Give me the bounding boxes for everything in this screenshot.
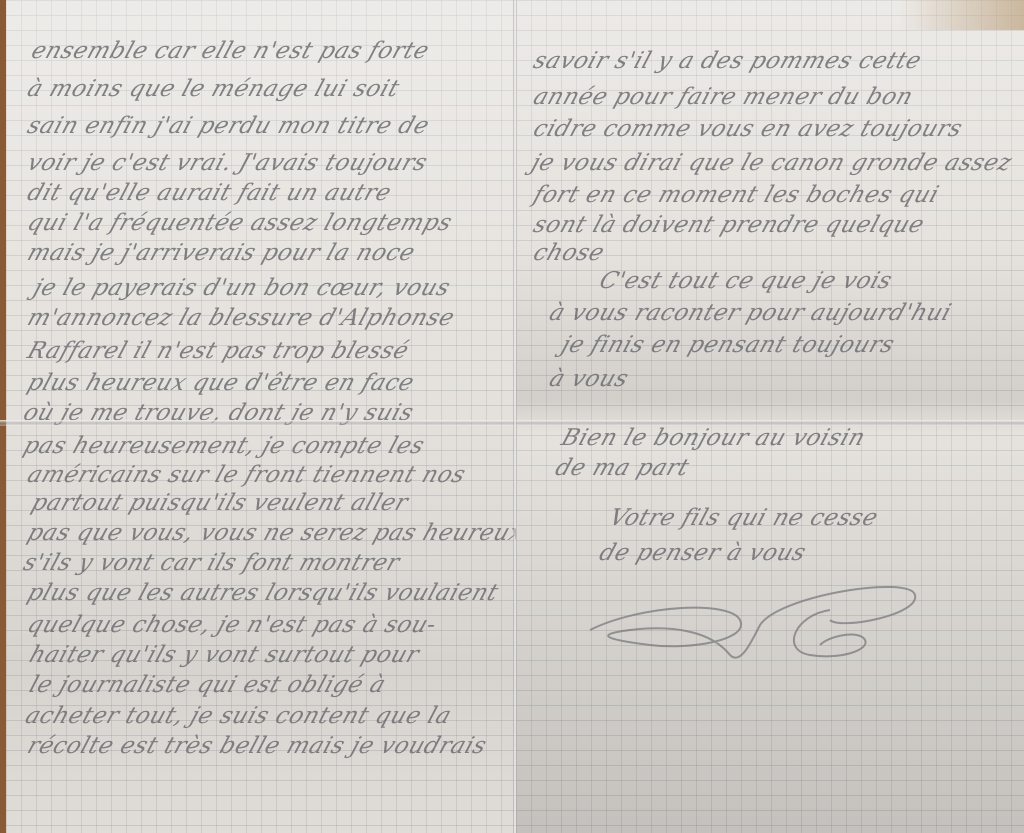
text-line: le journaliste qui est obligé à (26, 672, 389, 698)
text-line: partout puisqu'ils veulent aller (28, 490, 412, 516)
text-line: sont là doivent prendre quelque (530, 212, 928, 238)
text-line: cidre comme vous en avez toujours (530, 116, 966, 142)
text-line: ensemble car elle n'est pas forte (28, 38, 433, 64)
text-line: pas heureusement, je compte les (20, 433, 428, 459)
text-line: à vous (546, 366, 632, 392)
text-line: dit qu'elle aurait fait un autre (24, 180, 395, 206)
text-line: m'annoncez la blessure d'Alphonse (24, 305, 458, 331)
text-line: à vous raconter pour aujourd'hui (546, 300, 955, 326)
text-line: fort en ce moment les boches qui (530, 182, 942, 208)
text-line: mais je j'arriverais pour la noce (24, 240, 419, 266)
text-line: plus heureux que d'être en face (24, 370, 418, 396)
text-line: haiter qu'ils y vont surtout pour (26, 642, 423, 668)
text-line: s'ils y vont car ils font montrer (20, 550, 403, 576)
text-line: voir je c'est vrai. J'avais toujours (24, 150, 431, 176)
text-line: Votre fils qui ne cesse (606, 505, 881, 531)
text-line: pas que vous, vous ne serez pas heureux (24, 520, 516, 546)
text-line: Bien le bonjour au voisin (558, 425, 869, 451)
text-line: je vous dirai que le canon gronde assez (528, 150, 1015, 176)
text-line: je finis en pensant toujours (558, 332, 898, 358)
text-line: sain enfin j'ai perdu mon titre de (24, 113, 433, 139)
text-line: récolte est très belle mais je voudrais (24, 733, 490, 759)
text-line: acheter tout, je suis content que la (22, 703, 455, 729)
text-line: à moins que le ménage lui soit (24, 76, 403, 102)
text-line: de ma part (552, 455, 693, 481)
right-page: savoir s'il y a des pommes cette année p… (516, 0, 1024, 833)
text-line: je le payerais d'un bon cœur, vous (30, 275, 454, 301)
text-line: qui l'a fréquentée assez longtemps (24, 210, 456, 236)
text-line: américains sur le front tiennent nos (24, 462, 469, 488)
signature-flourish-icon: DG (580, 575, 940, 665)
text-line: plus que les autres lorsqu'ils voulaient (24, 580, 502, 606)
text-line: chose (530, 240, 608, 266)
text-line: année pour faire mener du bon (530, 84, 916, 110)
text-line: de penser à vous (596, 540, 809, 566)
text-line: savoir s'il y a des pommes cette (530, 48, 925, 74)
text-line: où je me trouve, dont je n'y suis (20, 400, 417, 426)
left-page: ensemble car elle n'est pas forte à moin… (6, 0, 516, 833)
text-line: C'est tout ce que je vois (596, 268, 896, 294)
text-line: Raffarel il n'est pas trop blessé (24, 338, 412, 364)
text-line: quelque chose, je n'est pas à sou- (24, 612, 440, 638)
